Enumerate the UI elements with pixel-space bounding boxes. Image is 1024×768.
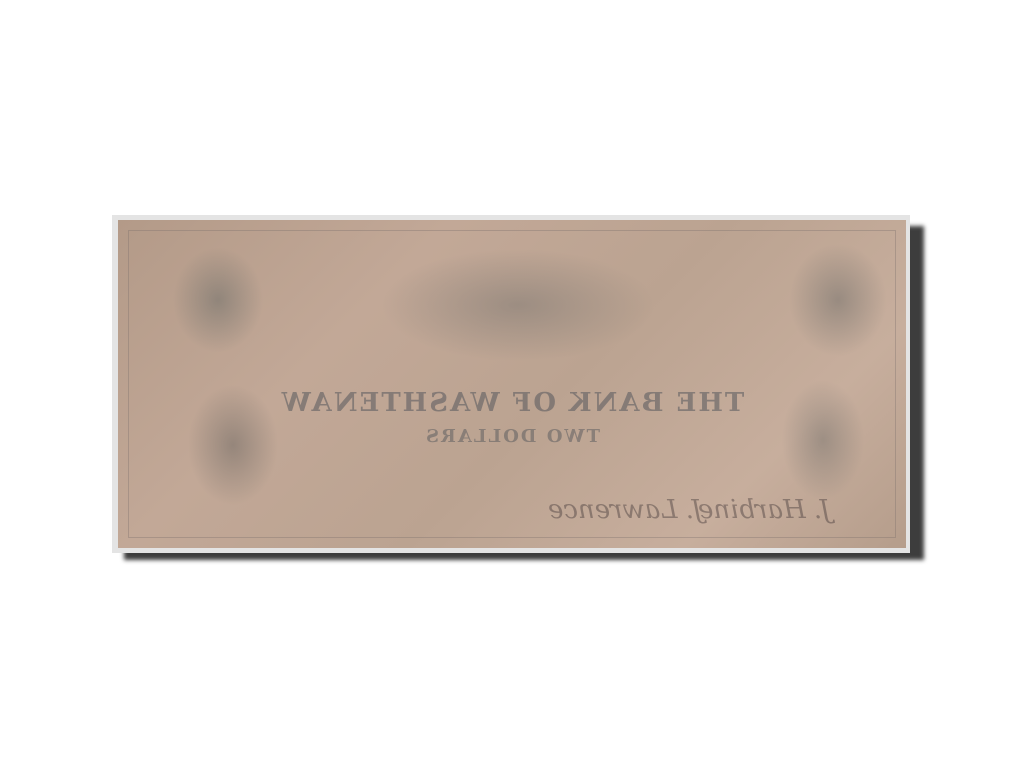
signature-left: J. Lawrence bbox=[548, 495, 702, 525]
bank-name-text: THE BANK OF WASHTENAW bbox=[118, 388, 906, 418]
denomination-text: TWO DOLLARS bbox=[118, 426, 906, 447]
note-border bbox=[128, 230, 896, 538]
signature-right: J. Harbine bbox=[698, 495, 831, 525]
banknote-image: THE BANK OF WASHTENAW TWO DOLLARS J. Law… bbox=[118, 220, 906, 548]
